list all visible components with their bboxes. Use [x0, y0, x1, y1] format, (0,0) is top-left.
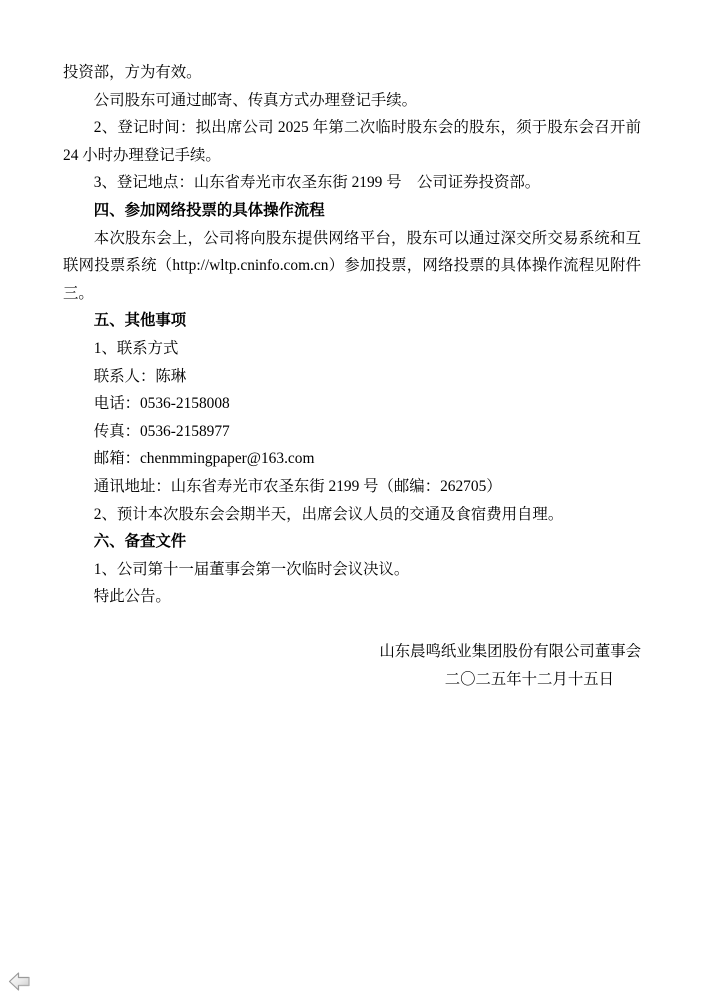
document-page: 投资部，方为有效。 公司股东可通过邮寄、传真方式办理登记手续。 2、登记时间：拟…: [63, 59, 641, 694]
para-registration-time: 2、登记时间：拟出席公司 2025 年第二次临时股东会的股东，须于股东会召开前 …: [63, 114, 641, 169]
para-contact-person: 联系人：陈琳: [63, 363, 641, 391]
signature-date: 二〇二五年十二月十五日: [63, 666, 641, 694]
heading-section-4: 四、参加网络投票的具体操作流程: [63, 197, 641, 225]
para-network-voting: 本次股东会上，公司将向股东提供网络平台，股东可以通过深交所交易系统和互联网投票系…: [63, 225, 641, 308]
heading-section-5: 五、其他事项: [63, 307, 641, 335]
para-mail-registration: 公司股东可通过邮寄、传真方式办理登记手续。: [63, 87, 641, 115]
para-email: 邮箱：chenmmingpaper@163.com: [63, 445, 641, 473]
para-phone: 电话：0536-2158008: [63, 390, 641, 418]
para-continuation: 投资部，方为有效。: [63, 59, 641, 87]
para-postal-address: 通讯地址：山东省寿光市农圣东街 2199 号（邮编：262705）: [63, 473, 641, 501]
para-fax: 传真：0536-2158977: [63, 418, 641, 446]
para-registration-place: 3、登记地点：山东省寿光市农圣东街 2199 号 公司证券投资部。: [63, 169, 641, 197]
heading-section-6: 六、备查文件: [63, 528, 641, 556]
para-meeting-duration: 2、预计本次股东会会期半天，出席会议人员的交通及食宿费用自理。: [63, 501, 641, 529]
para-reference-document: 1、公司第十一届董事会第一次临时会议决议。: [63, 556, 641, 584]
para-announcement-close: 特此公告。: [63, 583, 641, 611]
para-contact-method: 1、联系方式: [63, 335, 641, 363]
back-arrow-icon[interactable]: [8, 971, 31, 992]
left-arrow-glyph: [8, 971, 31, 992]
signature-company: 山东晨鸣纸业集团股份有限公司董事会: [63, 638, 641, 666]
